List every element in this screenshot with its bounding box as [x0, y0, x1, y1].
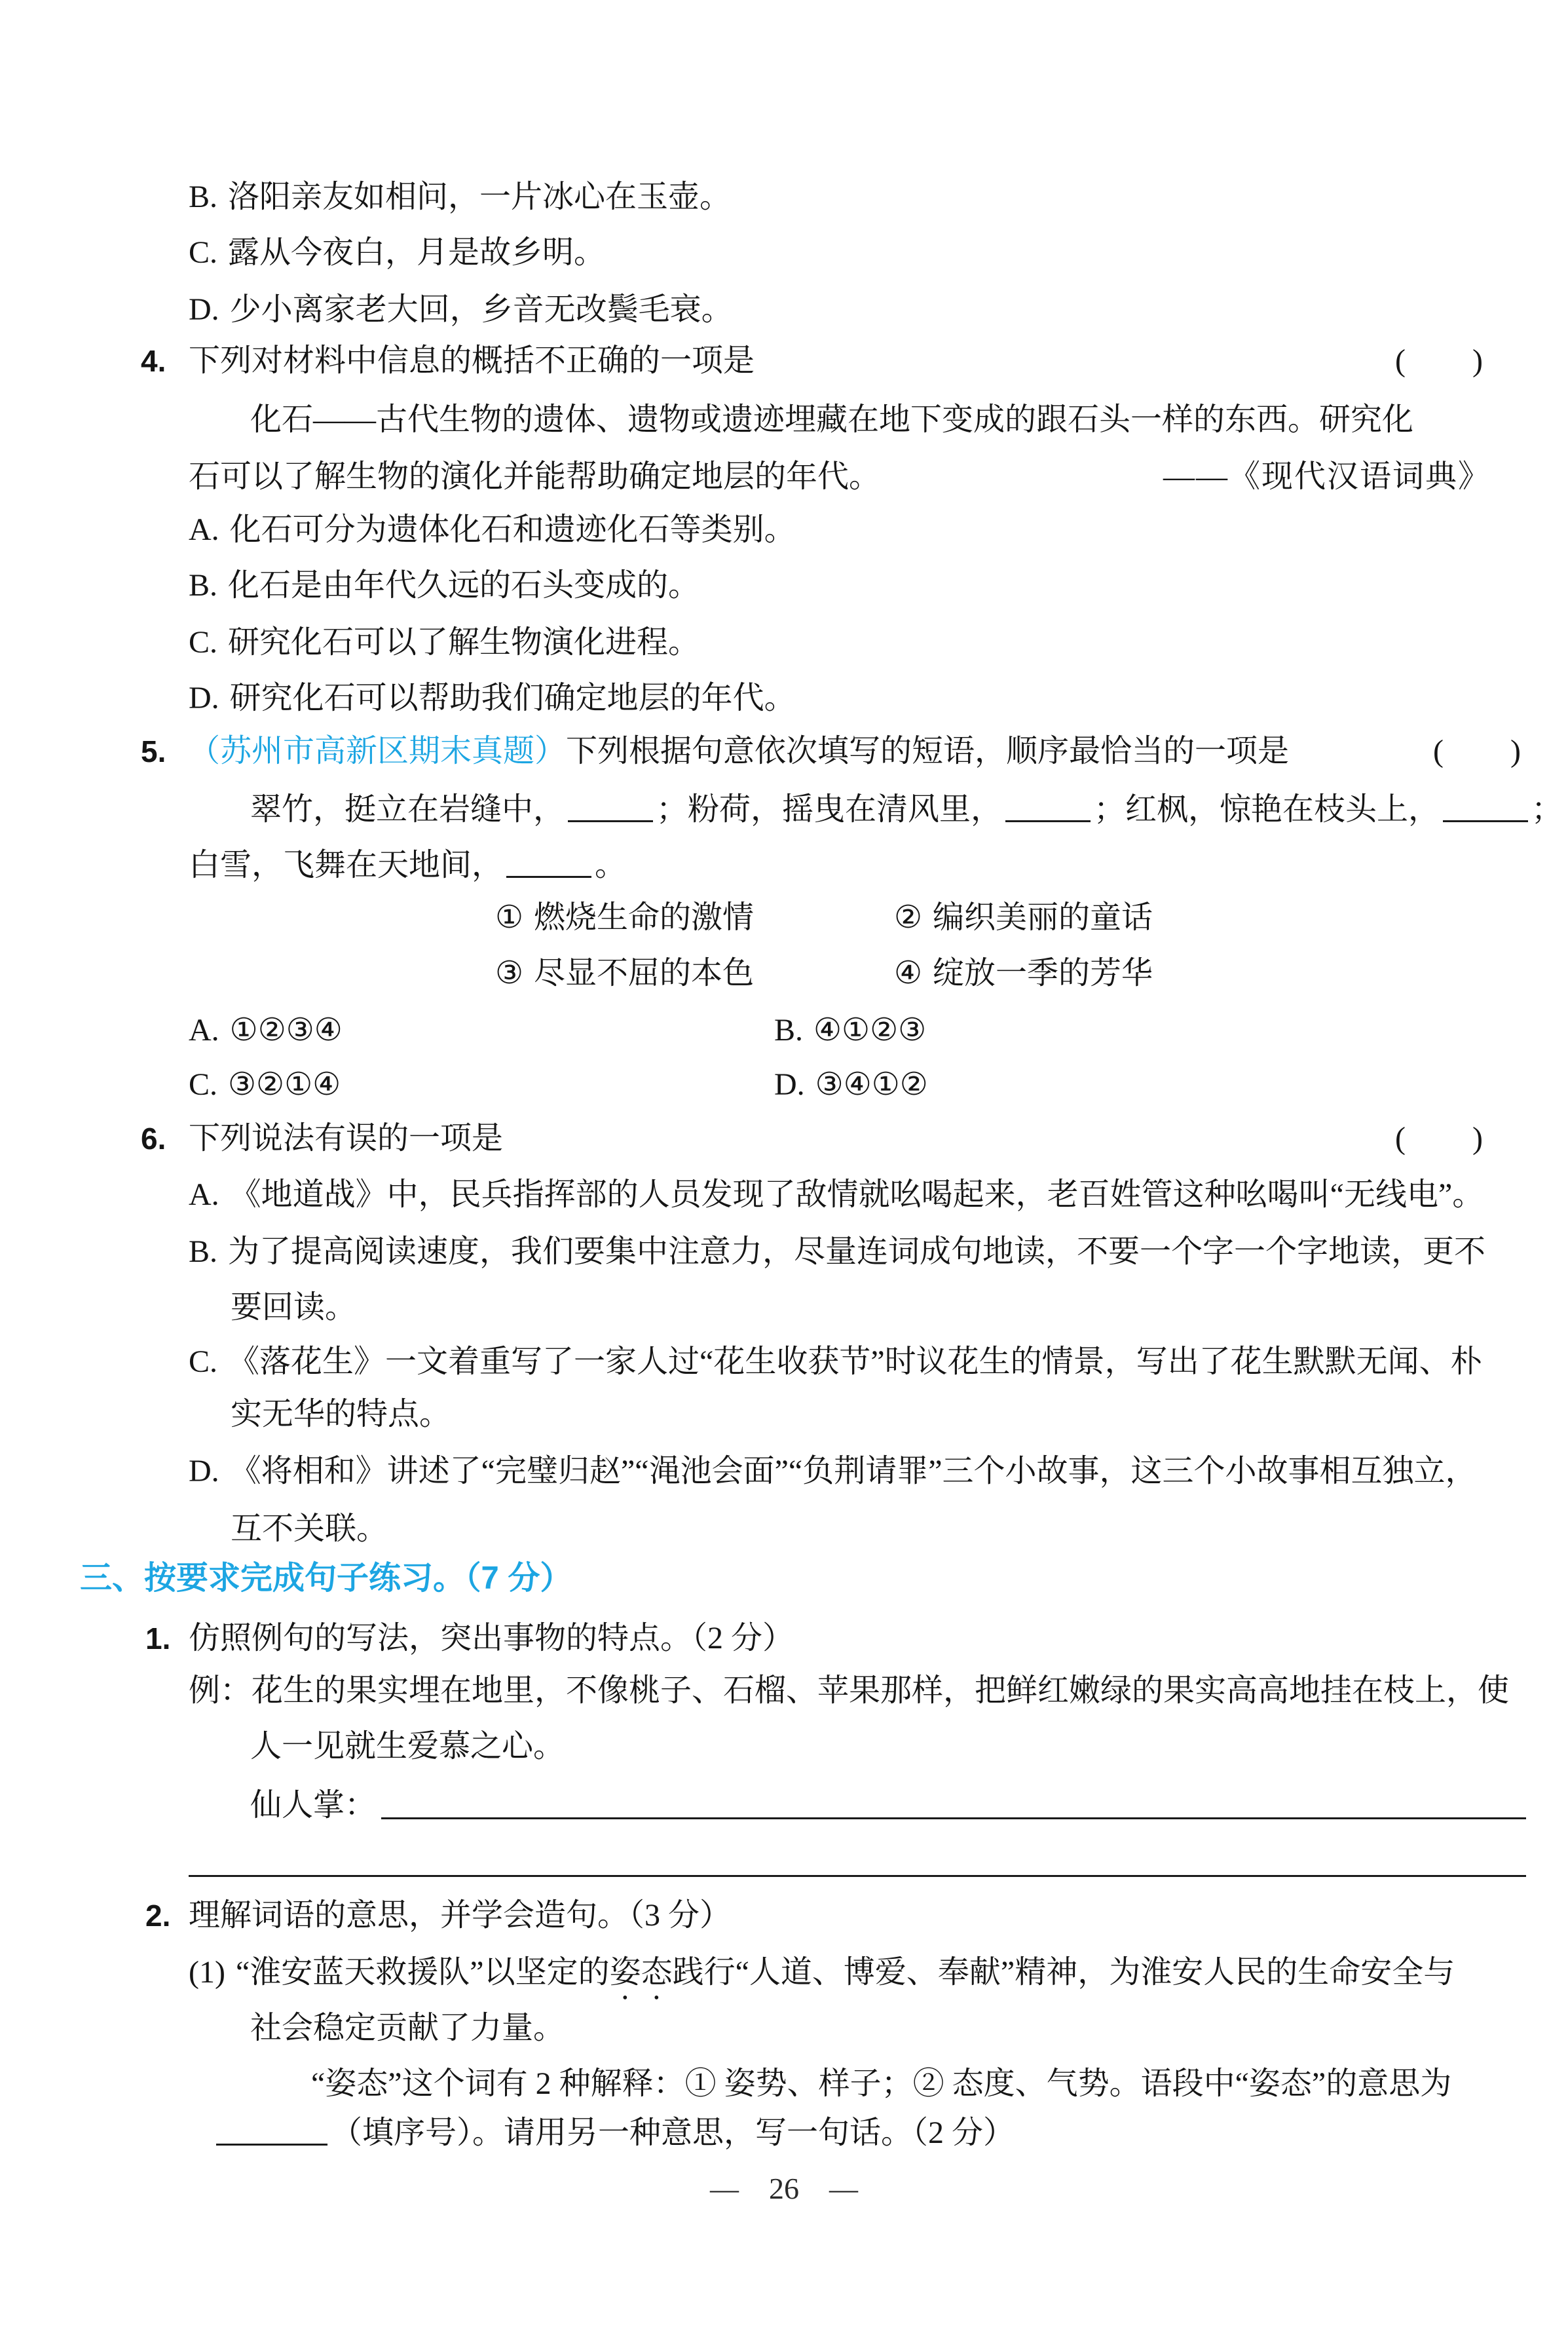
item-label: (1)	[189, 1955, 225, 1990]
page-footer: —26—	[0, 2167, 1568, 2211]
option-row: C.《落花生》一文着重写了一家人过“花生收获节”时议花生的情景，写出了花生默默无…	[0, 1340, 1568, 1384]
s3-question-1-stem-row: 1. 仿照例句的写法，突出事物的特点。（2 分）	[0, 1616, 1568, 1661]
example-line-2: 人一见就生爱慕之心。	[0, 1724, 1568, 1769]
question-5-number: 5.	[141, 729, 166, 774]
option-row: C.③②①④ D.③④①②	[0, 1063, 1568, 1107]
passage-line-2: 白雪，飞舞在天地间，。	[0, 843, 1568, 888]
question-5-stem-row: 5. （苏州市高新区期末真题）下列根据句意依次填写的短语，顺序最恰当的一项是 (…	[0, 729, 1568, 774]
page-number: 26	[769, 2172, 799, 2205]
option-label: A.	[189, 1013, 219, 1048]
option-label: B.	[189, 568, 217, 603]
question-6-stem-row: 6. 下列说法有误的一项是 ( )	[0, 1116, 1568, 1161]
emphasized-word: 姿态	[610, 1955, 673, 1990]
option-label: B.	[189, 180, 217, 214]
material-line-2: 石可以了解生物的演化并能帮助确定地层的年代。 ——《现代汉语词典》	[0, 455, 1568, 499]
question-4-stem: 下列对材料中信息的概括不正确的一项是	[189, 339, 755, 383]
option-row: B.洛阳亲友如相问，一片冰心在玉壶。	[0, 175, 1568, 219]
answer-write-line	[381, 1783, 1526, 1819]
footer-dash: —	[829, 2173, 858, 2205]
option-row: D.《将相和》讲述了“完璧归赵”“渑池会面”“负荆请罪”三个小故事，这三个小故事…	[0, 1449, 1568, 1494]
answer-bracket: ( )	[1433, 729, 1522, 774]
option-row: D.少小离家老大回，乡音无改鬓毛衰。	[0, 288, 1568, 332]
s3-question-1-number: 1.	[145, 1616, 170, 1661]
option-text: 化石可分为遗体化石和遗迹化石等类别。	[230, 512, 796, 547]
option-label: B.	[189, 1234, 217, 1269]
option-row: C.研究化石可以了解生物演化进程。	[0, 620, 1568, 665]
option-label: B.	[774, 1013, 803, 1048]
fill-blank	[568, 790, 653, 822]
option-label: A.	[189, 1177, 219, 1212]
explain-line-2: （填序号）。请用另一种意思，写一句话。（2 分）	[0, 2111, 1568, 2155]
option-continuation: 要回读。	[0, 1285, 1568, 1330]
section-3-header: 三、按要求完成句子练习。（7 分）	[80, 1556, 572, 1600]
passage-line-1: 翠竹，挺立在岩缝中，；粉荷，摇曳在清风里，；红枫，惊艳在枝头上，；	[0, 787, 1568, 832]
phrase-number: ①	[495, 900, 523, 935]
option-row: C.露从今夜白，月是故乡明。	[0, 231, 1568, 275]
worksheet-page: B.洛阳亲友如相问，一片冰心在玉壶。 C.露从今夜白，月是故乡明。 D.少小离家…	[0, 0, 1568, 2329]
option-label: D.	[189, 292, 219, 327]
option-continuation: 实无华的特点。	[0, 1392, 1568, 1437]
option-continuation: 互不关联。	[0, 1507, 1568, 1551]
section-3-header-row: 三、按要求完成句子练习。（7 分）	[0, 1556, 1568, 1600]
option-label: D.	[189, 1454, 219, 1488]
fill-blank	[506, 846, 591, 878]
phrase-number: ②	[894, 900, 922, 935]
option-row: A.化石可分为遗体化石和遗迹化石等类别。	[0, 508, 1568, 552]
explain-line-1: “姿态”这个词有 2 种解释：① 姿势、样子；② 态度、气势。语段中“姿态”的意…	[0, 2062, 1568, 2106]
answer-prompt-row: 仙人掌：	[0, 1783, 1568, 1828]
option-text: ④①②③	[813, 1013, 926, 1048]
fill-blank	[216, 2113, 327, 2146]
option-label: D.	[774, 1067, 805, 1102]
option-text: 为了提高阅读速度，我们要集中注意力，尽量连词成句地读，不要一个字一个字地读，更不	[228, 1234, 1485, 1269]
option-label: D.	[189, 681, 219, 715]
phrase-text: 编织美丽的童话	[933, 900, 1153, 935]
s3-question-2-stem: 理解词语的意思，并学会造句。（3 分）	[189, 1893, 731, 1938]
example-line-1: 例：花生的果实埋在地里，不像桃子、石榴、苹果那样，把鲜红嫩绿的果实高高地挂在枝上…	[0, 1669, 1568, 1713]
option-text: ③④①②	[815, 1067, 928, 1102]
option-label: C.	[189, 1067, 217, 1102]
question-6-stem: 下列说法有误的一项是	[189, 1116, 503, 1161]
answer-bracket: ( )	[1395, 339, 1484, 383]
option-row: D.研究化石可以帮助我们确定地层的年代。	[0, 676, 1568, 721]
phrase-number: ③	[495, 956, 523, 991]
phrase-text: 尽显不屈的本色	[534, 956, 754, 991]
option-label: C.	[189, 235, 217, 270]
option-label: C.	[189, 625, 217, 660]
option-text: ①②③④	[230, 1013, 343, 1048]
material-line-1: 化石——古代生物的遗体、遗物或遗迹埋藏在地下变成的跟石头一样的东西。研究化	[0, 398, 1568, 442]
option-text: 洛阳亲友如相问，一片冰心在玉壶。	[228, 180, 731, 214]
question-6-number: 6.	[141, 1116, 166, 1161]
question-5-stem: 下列根据句意依次填写的短语，顺序最恰当的一项是	[566, 734, 1289, 768]
option-text: ③②①④	[228, 1067, 341, 1102]
option-label: A.	[189, 512, 219, 547]
option-label: C.	[189, 1344, 217, 1379]
fill-blank	[1443, 790, 1528, 822]
item-1-line-1: (1)“淮安蓝天救援队”以坚定的姿态践行“人道、博爱、奉献”精神，为淮安人民的生…	[0, 1950, 1568, 1995]
answer-bracket: ( )	[1395, 1116, 1484, 1161]
example-label: 例：	[189, 1673, 252, 1708]
fill-blank	[1005, 790, 1091, 822]
phrase-text: 燃烧生命的激情	[534, 900, 754, 935]
phrase-number: ④	[894, 956, 922, 991]
option-text: 《落花生》一文着重写了一家人过“花生收获节”时议花生的情景，写出了花生默默无闻、…	[228, 1344, 1482, 1379]
phrase-row: ①燃烧生命的激情 ②编织美丽的童话	[0, 896, 1568, 940]
phrase-row: ③尽显不屈的本色 ④绽放一季的芳华	[0, 951, 1568, 996]
exam-source-tag: （苏州市高新区期末真题）	[189, 734, 566, 768]
s3-question-1-stem: 仿照例句的写法，突出事物的特点。（2 分）	[189, 1616, 794, 1661]
s3-question-2-number: 2.	[145, 1893, 170, 1938]
phrase-text: 绽放一季的芳华	[933, 956, 1153, 991]
option-row: B.化石是由年代久远的石头变成的。	[0, 563, 1568, 608]
option-text: 研究化石可以了解生物演化进程。	[228, 625, 700, 660]
question-4-number: 4.	[141, 339, 166, 383]
option-text: 研究化石可以帮助我们确定地层的年代。	[230, 681, 796, 715]
footer-dash: —	[710, 2173, 739, 2205]
option-row: A.①②③④ B.④①②③	[0, 1008, 1568, 1053]
answer-prompt-label: 仙人掌：	[250, 1783, 376, 1828]
material-source: ——《现代汉语词典》	[1163, 455, 1491, 499]
option-text: 露从今夜白，月是故乡明。	[228, 235, 605, 270]
answer-write-line	[189, 1875, 1526, 1877]
s3-question-2-stem-row: 2. 理解词语的意思，并学会造句。（3 分）	[0, 1893, 1568, 1938]
option-row: B.为了提高阅读速度，我们要集中注意力，尽量连词成句地读，不要一个字一个字地读，…	[0, 1230, 1568, 1274]
option-text: 《地道战》中，民兵指挥部的人员发现了敌情就吆喝起来，老百姓管这种吆喝叫“无线电”…	[230, 1177, 1484, 1212]
option-row: A.《地道战》中，民兵指挥部的人员发现了敌情就吆喝起来，老百姓管这种吆喝叫“无线…	[0, 1173, 1568, 1217]
option-text: 少小离家老大回，乡音无改鬓毛衰。	[230, 292, 733, 327]
question-4-stem-row: 4. 下列对材料中信息的概括不正确的一项是 ( )	[0, 339, 1568, 383]
option-text: 《将相和》讲述了“完璧归赵”“渑池会面”“负荆请罪”三个小故事，这三个小故事相互…	[230, 1454, 1477, 1488]
item-1-line-2: 社会稳定贡献了力量。	[0, 2006, 1568, 2051]
option-text: 化石是由年代久远的石头变成的。	[228, 568, 700, 603]
